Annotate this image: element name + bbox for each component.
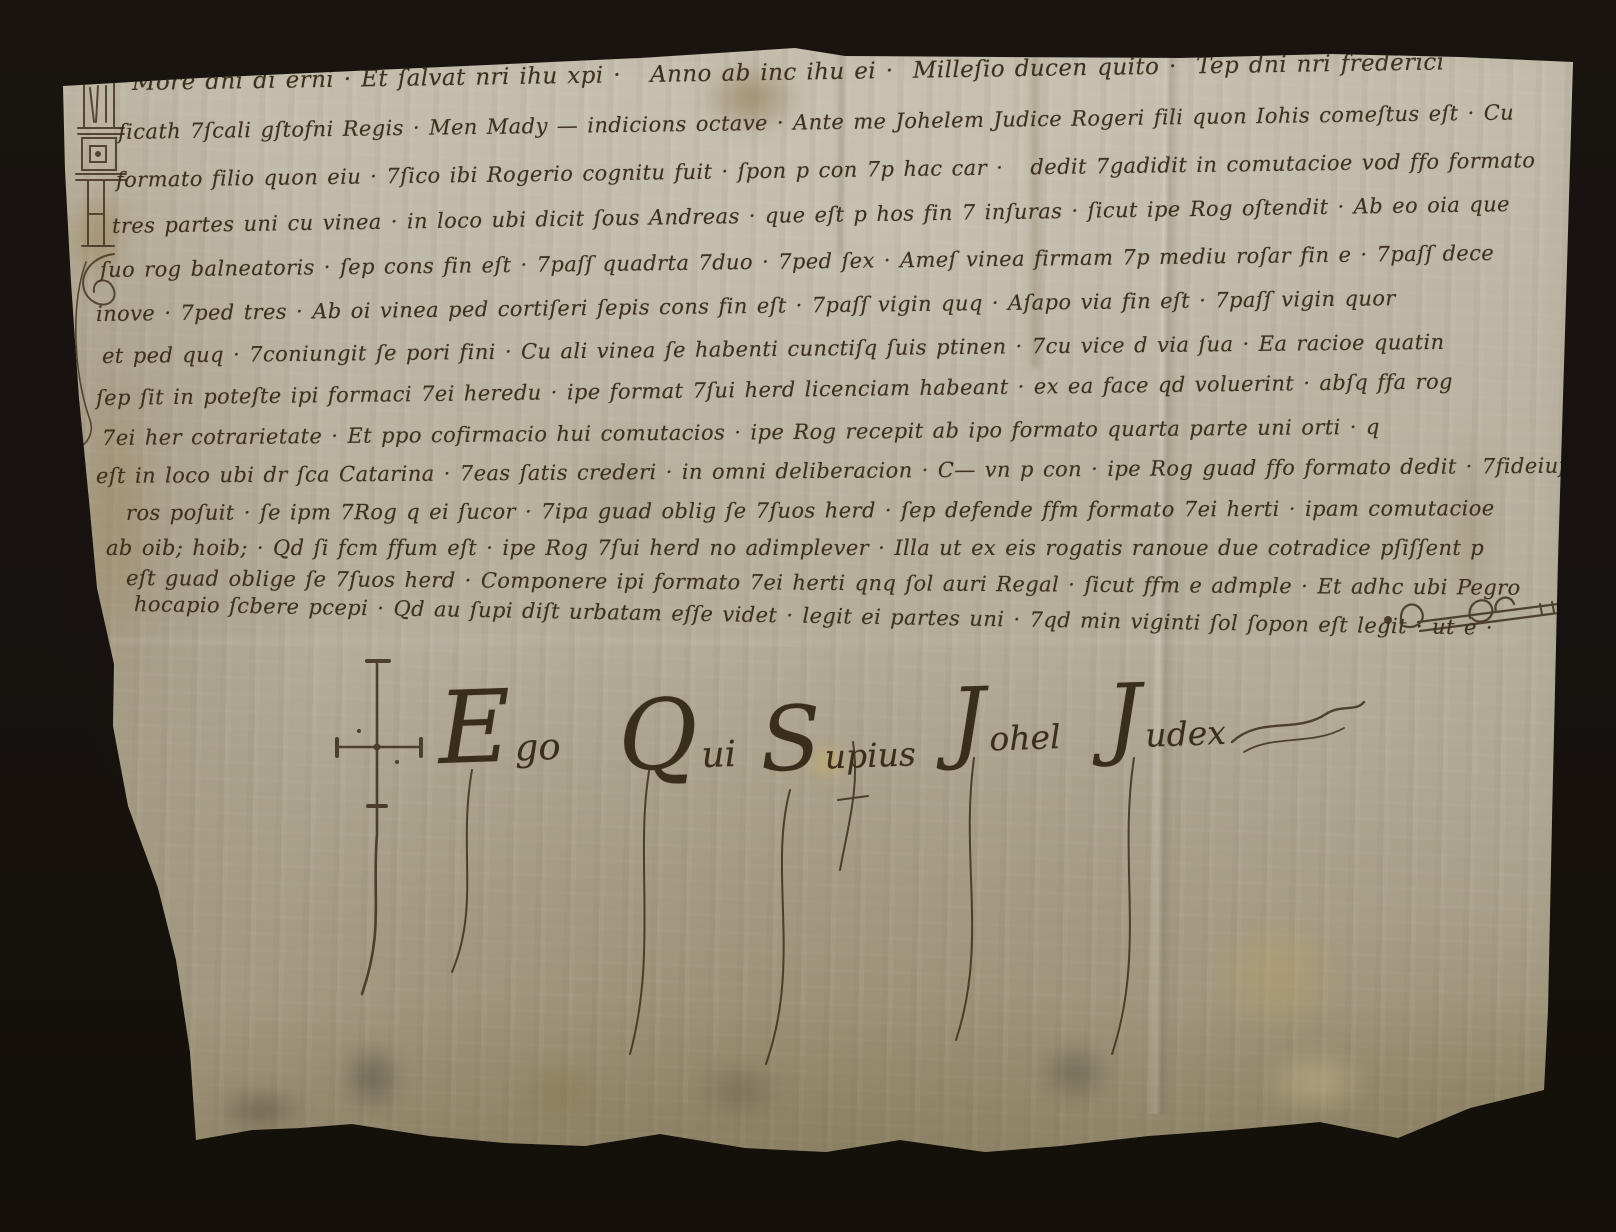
notarial-cross-and-flourishes-icon (0, 0, 1616, 1232)
parchment: 6 More dni di erni · Et ſalvat nri ihu x… (0, 0, 1616, 1232)
photo-stage: 6 More dni di erni · Et ſalvat nri ihu x… (0, 0, 1616, 1232)
marginal-numeral: 6 (52, 94, 62, 113)
